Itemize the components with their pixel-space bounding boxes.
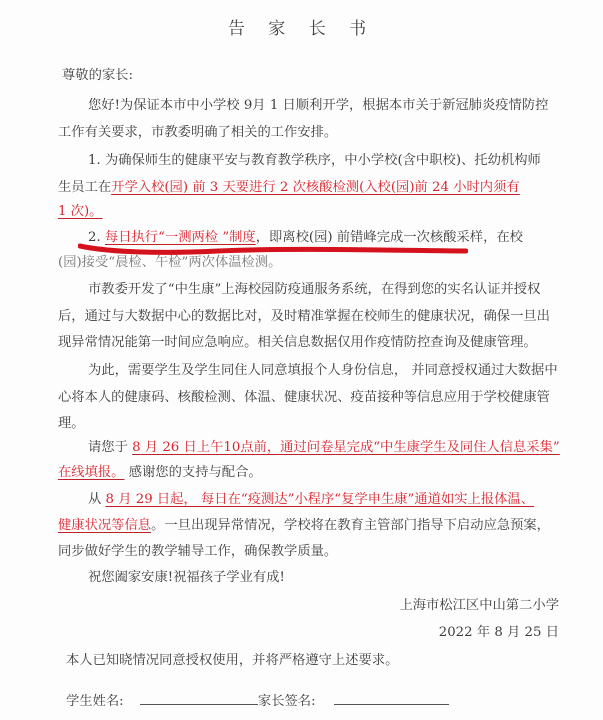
closing-wishes: 祝您阖家安康!祝福孩子学业有成! <box>88 569 588 587</box>
student-name-label: 学生姓名: <box>66 694 124 709</box>
item-1-plain-text: 生员工在 <box>58 180 111 195</box>
paragraph-5-rest: 。一旦出现异常情况，学校将在教育主管部门指导下启动应急预案， <box>151 518 550 533</box>
paragraph-5-highlight-end: 健康状况等信息 <box>58 518 151 533</box>
paragraph-4-highlight-end: 在线填报。 <box>58 465 124 480</box>
paragraph-5-line-1: 从 8 月 29 日起， 每日在“疫测达”小程序“复学申生康”通道如实上报体温、 <box>88 491 588 509</box>
letter-title: 告 家 长 书 <box>0 14 603 39</box>
parent-sign-label: 家长签名: <box>258 694 316 709</box>
item-1-line-1: 1. 为确保师生的健康平安与教育教学秩序，中小学校(含中职校)、托幼机构师 <box>88 152 588 170</box>
paragraph-2-line-3: 现异常情况能第一时间应急响应。相关信息数据仅用作疫情防控查询及健康管理。 <box>58 334 558 352</box>
item-1-highlight: 开学入校(园) 前 3 天要进行 2 次核酸检测(入校(园)前 24 小时内须有 <box>111 180 520 195</box>
paragraph-3-line-2: 心将本人的健康码、核酸检测、体温、健康状况、疫苗接种等信息应用于学校健康管 <box>58 389 558 407</box>
item-2-line-2: (园)接受“晨检、午检”两次体温检测。 <box>58 254 558 272</box>
item-1-line-3: 1 次)。 <box>58 203 558 221</box>
paragraph-5-plain: 从 <box>88 492 106 507</box>
paragraph-1-line-1: 您好!为保证本市中小学校 9月 1 日顺利开学，根据本市关于新冠肺炎疫情防控 <box>88 97 588 115</box>
paragraph-4-thanks: 感谢您的支持与配合。 <box>124 465 261 480</box>
paragraph-4-line-2: 在线填报。 感谢您的支持与配合。 <box>58 464 558 482</box>
paragraph-1-line-2: 工作有关要求，市教委明确了相关的工作安排。 <box>58 124 558 142</box>
paragraph-5-highlight: 8 月 29 日起， 每日在“疫测达”小程序“复学申生康”通道如实上报体温、 <box>106 492 535 507</box>
paragraph-5-line-3: 同步做好学生的教学辅导工作，确保教学质量。 <box>58 543 558 561</box>
paragraph-2-line-1: 市教委开发了“中生康”上海校园防疫通服务系统，在得到您的实名认证并授权 <box>88 281 588 299</box>
item-2-rest: ，即离校(园) 前错峰完成一次核酸采样，在校 <box>256 230 523 245</box>
salutation: 尊敬的家长: <box>62 67 562 85</box>
signature-row: 学生姓名: 家长签名: <box>66 690 566 711</box>
parent-signature-field[interactable] <box>334 690 449 705</box>
letter-page: 告 家 长 书 尊敬的家长: 您好!为保证本市中小学校 9月 1 日顺利开学，根… <box>0 0 603 720</box>
paragraph-4-highlight: 8 月 26 日上午10点前，通过问卷星完成“中生康学生及同住人信息采集” <box>132 440 560 455</box>
item-2-number: 2. <box>88 230 105 245</box>
item-1-highlight-end: 1 次)。 <box>58 204 102 219</box>
paragraph-3-line-3: 理。 <box>58 415 558 433</box>
item-2-highlight: 每日执行“一测两检 ”制度 <box>105 230 256 245</box>
paragraph-5-line-2: 健康状况等信息。一旦出现异常情况，学校将在教育主管部门指导下启动应急预案， <box>58 517 558 535</box>
paragraph-3-line-1: 为此，需要学生及学生同住人同意填报个人身份信息， 并同意授权通过大数据中 <box>88 362 588 380</box>
item-1-line-2: 生员工在开学入校(园) 前 3 天要进行 2 次核酸检测(入校(园)前 24 小… <box>58 179 558 197</box>
item-2-line-1: 2. 每日执行“一测两检 ”制度，即离校(园) 前错峰完成一次核酸采样，在校 <box>88 229 588 247</box>
student-name-field[interactable] <box>140 690 258 705</box>
signature-organization: 上海市松江区中山第二小学 <box>399 597 559 615</box>
signature-date: 2022 年 8 月 25 日 <box>439 624 559 642</box>
paragraph-2-line-2: 后，通过与大数据中心的数据比对，及时精准掌握在校师生的健康状况，确保一旦出 <box>58 308 558 326</box>
paragraph-4-plain: 请您于 <box>88 440 132 455</box>
consent-statement: 本人已知晓情况同意授权使用，并将严格遵守上述要求。 <box>66 652 566 670</box>
paragraph-4-line-1: 请您于 8 月 26 日上午10点前，通过问卷星完成“中生康学生及同住人信息采集… <box>88 439 588 457</box>
